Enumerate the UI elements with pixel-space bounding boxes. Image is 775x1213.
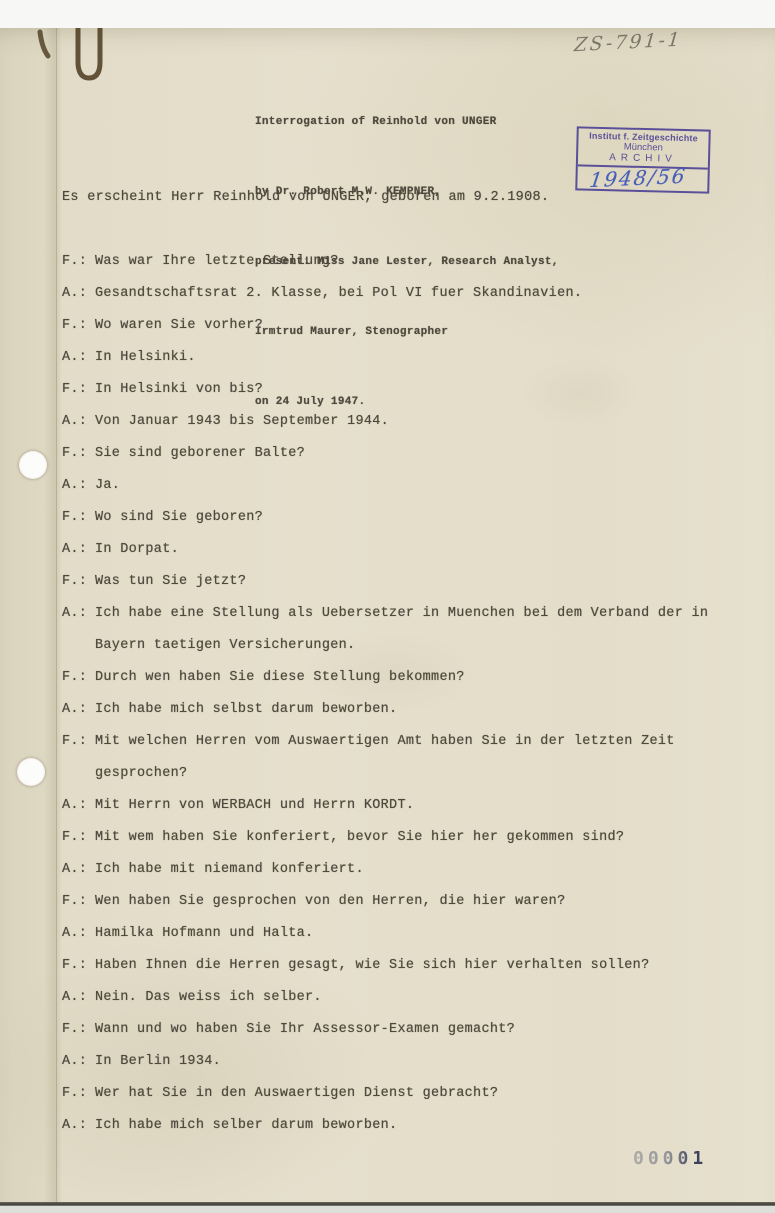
qa-speaker: A.: [62,1110,95,1142]
qa-text: Hamilka Hofmann und Halta. [95,918,744,950]
qa-speaker: A.: [62,598,95,662]
qa-row: A.: In Berlin 1934. [62,1046,744,1078]
qa-row: A.: Gesandtschaftsrat 2. Klasse, bei Pol… [62,278,744,310]
qa-text: Ich habe eine Stellung als Uebersetzer i… [95,598,744,662]
qa-speaker: A.: [62,982,95,1014]
qa-text: Ja. [95,470,744,502]
qa-row: F.: Sie sind geborener Balte? [62,438,744,470]
qa-row: A.: Von Januar 1943 bis September 1944. [62,406,744,438]
qa-text: Mit Herrn von WERBACH und Herrn KORDT. [95,790,744,822]
qa-row: A.: In Helsinki. [62,342,744,374]
qa-row: F.: Durch wen haben Sie diese Stellung b… [62,662,744,694]
qa-row: F.: In Helsinki von bis? [62,374,744,406]
qa-speaker: F.: [62,886,95,918]
qa-speaker: F.: [62,502,95,534]
qa-text: Was tun Sie jetzt? [95,566,744,598]
scanned-document-page: { "document": { "type": "typewritten-int… [0,0,775,1213]
qa-text: Was war Ihre letzte Stellung? [95,246,744,278]
qa-speaker: F.: [62,950,95,982]
qa-text: Sie sind geborener Balte? [95,438,744,470]
qa-speaker: A.: [62,406,95,438]
qa-speaker: F.: [62,246,95,278]
qa-text: Gesandtschaftsrat 2. Klasse, bei Pol VI … [95,278,744,310]
qa-row: A.: Ja. [62,470,744,502]
pencil-archive-code: ZS-791-1 [573,26,735,57]
qa-row: F.: Mit wem haben Sie konferiert, bevor … [62,822,744,854]
qa-row: A.: Nein. Das weiss ich selber. [62,982,744,1014]
paper-sheet: Interrogation of Reinhold von UNGER by D… [0,28,775,1202]
header-line: Interrogation of Reinhold von UNGER [255,114,559,132]
punch-hole-top [19,451,47,479]
paper-crease [56,28,57,1202]
punch-hole-bottom [17,758,45,786]
qa-row: F.: Wo waren Sie vorher? [62,310,744,342]
qa-text: In Berlin 1934. [95,1046,744,1078]
qa-text: In Helsinki von bis? [95,374,744,406]
qa-text: Mit welchen Herren vom Auswaertigen Amt … [95,726,744,790]
qa-row: F.: Was war Ihre letzte Stellung? [62,246,744,278]
qa-speaker: A.: [62,1046,95,1078]
qa-speaker: F.: [62,726,95,790]
qa-row: A.: Ich habe mit niemand konferiert. [62,854,744,886]
qa-row: F.: Mit welchen Herren vom Auswaertigen … [62,726,744,790]
qa-speaker: F.: [62,822,95,854]
corner-ink-mark [28,28,123,103]
qa-text: Haben Ihnen die Herren gesagt, wie Sie s… [95,950,744,982]
qa-row: A.: Ich habe eine Stellung als Uebersetz… [62,598,744,662]
intro-line: Es erscheint Herr Reinhold von UNGER, ge… [62,190,549,205]
qa-speaker: F.: [62,310,95,342]
qa-speaker: A.: [62,342,95,374]
qa-row: F.: Wann und wo haben Sie Ihr Assessor-E… [62,1014,744,1046]
qa-text: Mit wem haben Sie konferiert, bevor Sie … [95,822,744,854]
qa-speaker: A.: [62,278,95,310]
qa-text: In Helsinki. [95,342,744,374]
qa-speaker: F.: [62,438,95,470]
qa-speaker: A.: [62,534,95,566]
qa-speaker: F.: [62,662,95,694]
qa-row: A.: Ich habe mich selber darum beworben. [62,1110,744,1142]
scanner-background [0,1206,775,1213]
stamp-handwritten-number: 1948/56 [588,164,688,193]
qa-speaker: A.: [62,694,95,726]
qa-row: A.: Hamilka Hofmann und Halta. [62,918,744,950]
qa-list: F.: Was war Ihre letzte Stellung? A.: Ge… [62,246,744,1142]
qa-row: F.: Was tun Sie jetzt? [62,566,744,598]
qa-speaker: F.: [62,374,95,406]
qa-text: Durch wen haben Sie diese Stellung bekom… [95,662,744,694]
qa-speaker: F.: [62,1078,95,1110]
qa-speaker: F.: [62,566,95,598]
qa-speaker: A.: [62,918,95,950]
qa-speaker: F.: [62,1014,95,1046]
qa-text: Ich habe mich selbst darum beworben. [95,694,744,726]
stamp-number-section: 1948/56 [577,164,708,191]
qa-row: F.: Wen haben Sie gesprochen von den Her… [62,886,744,918]
page-number-stamp: 00001 [633,1148,707,1169]
qa-row: A.: In Dorpat. [62,534,744,566]
qa-text: Ich habe mich selber darum beworben. [95,1110,744,1142]
qa-text: Wen haben Sie gesprochen von den Herren,… [95,886,744,918]
qa-row: F.: Wo sind Sie geboren? [62,502,744,534]
qa-speaker: A.: [62,470,95,502]
qa-speaker: A.: [62,790,95,822]
qa-text: Wer hat Sie in den Auswaertigen Dienst g… [95,1078,744,1110]
qa-text: Von Januar 1943 bis September 1944. [95,406,744,438]
qa-text: Wo waren Sie vorher? [95,310,744,342]
qa-text: In Dorpat. [95,534,744,566]
qa-text: Wo sind Sie geboren? [95,502,744,534]
qa-row: F.: Wer hat Sie in den Auswaertigen Dien… [62,1078,744,1110]
qa-row: A.: Ich habe mich selbst darum beworben. [62,694,744,726]
qa-text: Ich habe mit niemand konferiert. [95,854,744,886]
qa-row: F.: Haben Ihnen die Herren gesagt, wie S… [62,950,744,982]
qa-row: A.: Mit Herrn von WERBACH und Herrn KORD… [62,790,744,822]
qa-text: Wann und wo haben Sie Ihr Assessor-Exame… [95,1014,744,1046]
qa-text: Nein. Das weiss ich selber. [95,982,744,1014]
archive-stamp: Institut f. Zeitgeschichte München ARCHI… [575,126,711,193]
qa-speaker: A.: [62,854,95,886]
